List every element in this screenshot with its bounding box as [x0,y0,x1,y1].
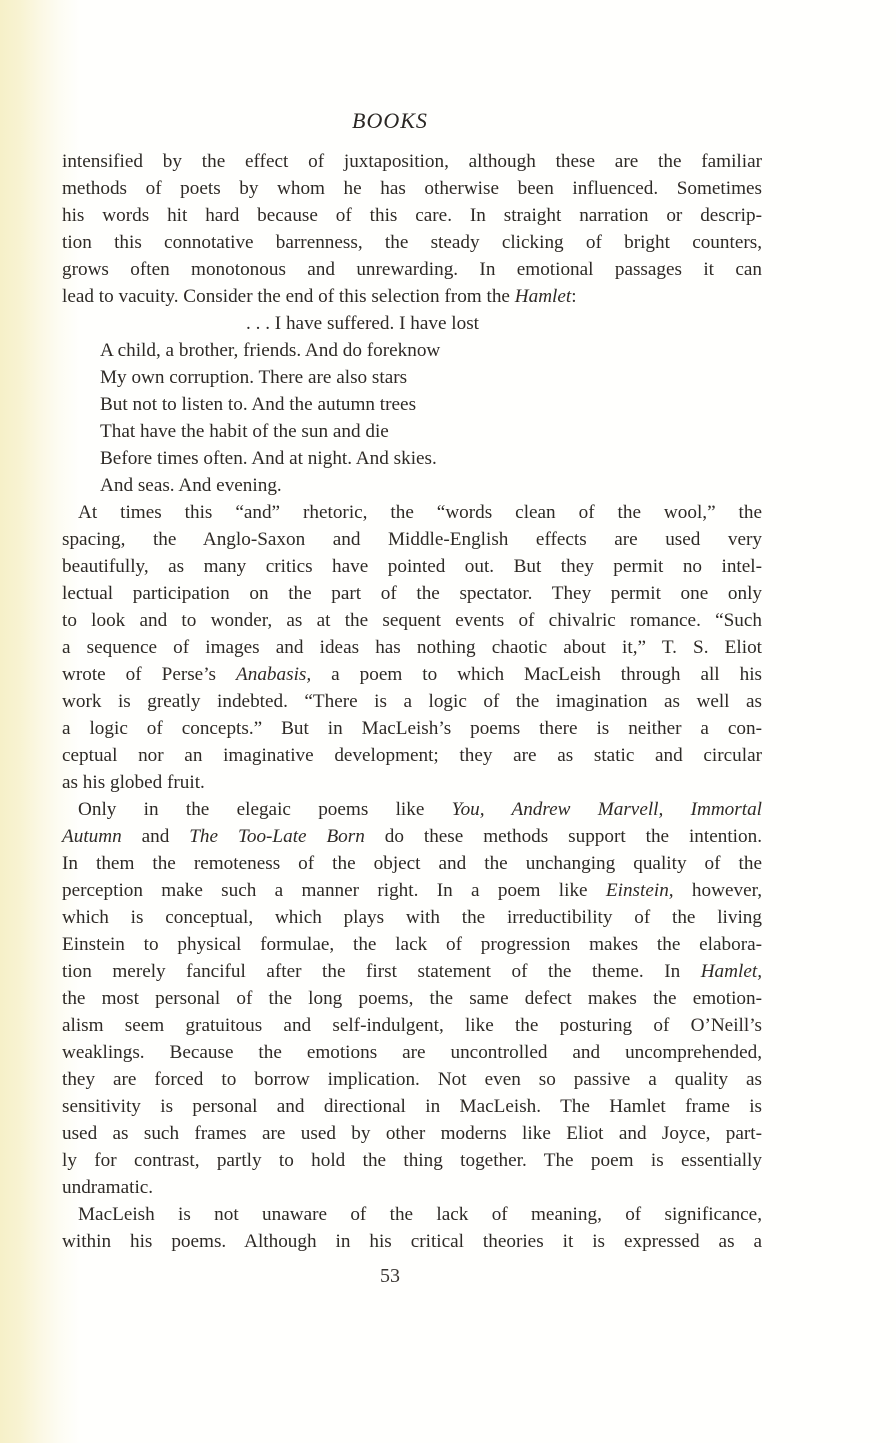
text-line: lead to vacuity. Consider the end of thi… [62,283,762,310]
text-span: Only in the elegaic poems like [78,799,452,820]
text-line: intensified by the effect of juxtapositi… [62,148,762,175]
poem-line: A child, a brother, friends. And do fore… [62,337,762,364]
paragraph-1: intensified by the effect of juxtapositi… [62,148,762,310]
text-line: beautifully, as many critics have pointe… [62,553,762,580]
paragraph-4: MacLeish is not unaware of the lack of m… [62,1201,762,1255]
italic-title-too-late-born: The Too-Late Born [189,826,365,847]
text-line: sensitivity is personal and directional … [62,1093,762,1120]
text-line: tion merely fanciful after the first sta… [62,958,762,985]
text-line: Autumn and The Too-Late Born do these me… [62,823,762,850]
text-line: his words hit hard because of this care.… [62,202,762,229]
text-span: wrote of Perse’s [62,664,236,685]
poem-line: That have the habit of the sun and die [62,418,762,445]
text-line: MacLeish is not unaware of the lack of m… [62,1201,762,1228]
text-line: within his poems. Although in his critic… [62,1228,762,1255]
page-number: 53 [0,1265,780,1288]
paragraph-3: Only in the elegaic poems like You, Andr… [62,796,762,1201]
italic-title-anabasis: Anabasis, [236,664,311,685]
text-span: do these methods support the intention. [365,826,762,847]
italic-title-einstein: Einstein, [606,880,674,901]
poem-line: But not to listen to. And the autumn tre… [62,391,762,418]
body-text: intensified by the effect of juxtapositi… [62,148,762,1255]
text-line: tion this connotative barrenness, the st… [62,229,762,256]
text-line: methods of poets by whom he has otherwis… [62,175,762,202]
text-line: grows often monotonous and unrewarding. … [62,256,762,283]
text-span: and [122,826,190,847]
text-span: lead to vacuity. Consider the end of thi… [62,286,515,307]
text-line: spacing, the Anglo-Saxon and Middle-Engl… [62,526,762,553]
poem-line: Before times often. And at night. And sk… [62,445,762,472]
text-line: as his globed fruit. [62,769,762,796]
poem-line: . . . I have suffered. I have lost [62,310,762,337]
italic-title-autumn: Autumn [62,826,122,847]
text-span: : [571,286,576,307]
text-line: lectual participation on the part of the… [62,580,762,607]
text-line: In them the remoteness of the object and… [62,850,762,877]
text-line: a logic of concepts.” But in MacLeish’s … [62,715,762,742]
poem-quotation: . . . I have suffered. I have lost A chi… [62,310,762,499]
text-line: alism seem gratuitous and self-indulgent… [62,1012,762,1039]
italic-title-hamlet: Hamlet, [701,961,762,982]
text-span: a poem to which MacLeish through all his [311,664,762,685]
text-line: ly for contrast, partly to hold the thin… [62,1147,762,1174]
text-line: weaklings. Because the emotions are unco… [62,1039,762,1066]
text-line: At times this “and” rhetoric, the “words… [62,499,762,526]
text-line: to look and to wonder, as at the sequent… [62,607,762,634]
text-line: Only in the elegaic poems like You, Andr… [62,796,762,823]
text-span: however, [674,880,762,901]
running-head: BOOKS [0,108,780,134]
text-line: undramatic. [62,1174,762,1201]
text-line: the most personal of the long poems, the… [62,985,762,1012]
text-line: Einstein to physical formulae, the lack … [62,931,762,958]
text-line: a sequence of images and ideas has nothi… [62,634,762,661]
italic-titles: You, Andrew Marvell, Immortal [452,799,762,820]
text-line: used as such frames are used by other mo… [62,1120,762,1147]
text-line: which is conceptual, which plays with th… [62,904,762,931]
poem-line: And seas. And evening. [62,472,762,499]
text-line: ceptual nor an imaginative development; … [62,742,762,769]
paragraph-2: At times this “and” rhetoric, the “words… [62,499,762,796]
text-line: they are forced to borrow implication. N… [62,1066,762,1093]
text-span: perception make such a manner right. In … [62,880,606,901]
text-line: wrote of Perse’s Anabasis, a poem to whi… [62,661,762,688]
poem-line: My own corruption. There are also stars [62,364,762,391]
text-line: perception make such a manner right. In … [62,877,762,904]
italic-title-hamlet: Hamlet [515,286,572,307]
text-span: tion merely fanciful after the first sta… [62,961,701,982]
text-line: work is greatly indebted. “There is a lo… [62,688,762,715]
